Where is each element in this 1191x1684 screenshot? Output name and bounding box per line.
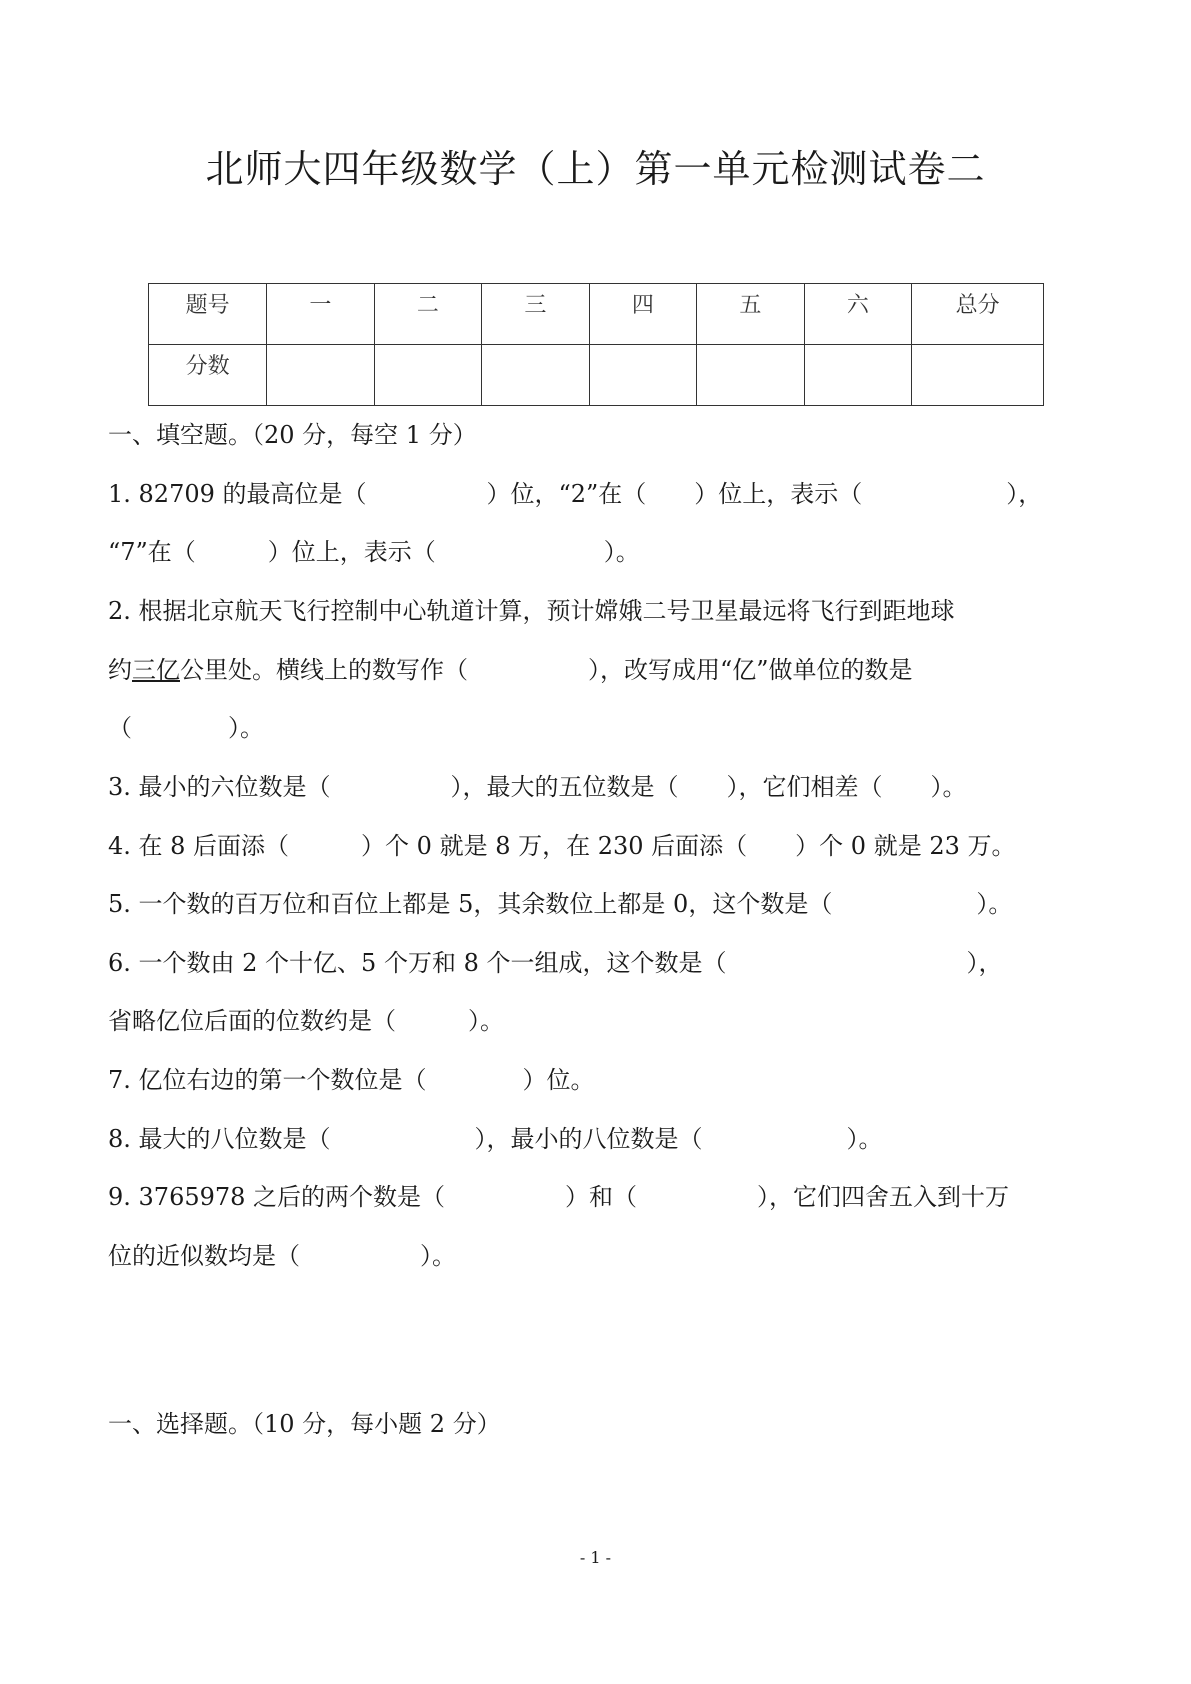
question-2-line-1: 2. 根据北京航天飞行控制中心轨道计算，预计嫦娥二号卫星最远将飞行到距地球 xyxy=(108,591,955,626)
section-heading-multiple-choice: 一、选择题。（10 分，每小题 2 分） xyxy=(108,1404,501,1439)
question-5: 5. 一个数的百万位和百位上都是 5，其余数位上都是 0，这个数是（ ）。 xyxy=(108,884,1012,919)
header-cell: 六 xyxy=(804,284,912,345)
question-2-line-3: （ ）。 xyxy=(108,708,264,743)
question-7: 7. 亿位右边的第一个数位是（ ）位。 xyxy=(108,1060,595,1095)
question-1-line-1: 1. 82709 的最高位是（ ）位，“2”在（ ）位上，表示（ ）， xyxy=(108,474,1042,509)
score-cell xyxy=(482,345,590,406)
question-9-line-2: 位的近似数均是（ ）。 xyxy=(108,1236,456,1271)
q2-suffix: 公里处。横线上的数写作（ ），改写成用“亿”做单位的数是 xyxy=(180,656,913,684)
question-2-line-2: 约三亿公里处。横线上的数写作（ ），改写成用“亿”做单位的数是 xyxy=(108,650,913,685)
question-8: 8. 最大的八位数是（ ），最小的八位数是（ ）。 xyxy=(108,1119,883,1154)
header-cell: 题号 xyxy=(149,284,267,345)
page-number: - 1 - xyxy=(0,1548,1191,1567)
q2-underlined-number: 三亿 xyxy=(132,656,180,684)
header-cell: 二 xyxy=(374,284,482,345)
header-cell: 三 xyxy=(482,284,590,345)
header-cell: 一 xyxy=(267,284,375,345)
header-cell: 总分 xyxy=(912,284,1044,345)
score-table: 题号 一 二 三 四 五 六 总分 分数 xyxy=(148,283,1044,406)
score-cell xyxy=(697,345,805,406)
question-6-line-2: 省略亿位后面的位数约是（ ）。 xyxy=(108,1001,504,1036)
question-1-line-2: “7”在（ ）位上，表示（ ）。 xyxy=(108,532,640,567)
row-label: 分数 xyxy=(149,345,267,406)
question-9-line-1: 9. 3765978 之后的两个数是（ ）和（ ），它们四舍五入到十万 xyxy=(108,1177,1009,1212)
score-table-score-row: 分数 xyxy=(149,345,1044,406)
question-4: 4. 在 8 后面添（ ）个 0 就是 8 万，在 230 后面添（ ）个 0 … xyxy=(108,826,1016,861)
header-cell: 五 xyxy=(697,284,805,345)
header-cell: 四 xyxy=(589,284,697,345)
score-table-header-row: 题号 一 二 三 四 五 六 总分 xyxy=(149,284,1044,345)
page-title: 北师大四年级数学（上）第一单元检测试卷二 xyxy=(0,138,1191,193)
score-cell xyxy=(374,345,482,406)
question-3: 3. 最小的六位数是（ ），最大的五位数是（ ），它们相差（ ）。 xyxy=(108,767,967,802)
score-cell xyxy=(589,345,697,406)
score-cell xyxy=(912,345,1044,406)
score-cell xyxy=(267,345,375,406)
section-heading-fill-blank: 一、填空题。（20 分，每空 1 分） xyxy=(108,415,477,450)
score-cell xyxy=(804,345,912,406)
q2-prefix: 约 xyxy=(108,656,132,684)
question-6-line-1: 6. 一个数由 2 个十亿、5 个万和 8 个一组成，这个数是（ ）， xyxy=(108,943,1002,978)
